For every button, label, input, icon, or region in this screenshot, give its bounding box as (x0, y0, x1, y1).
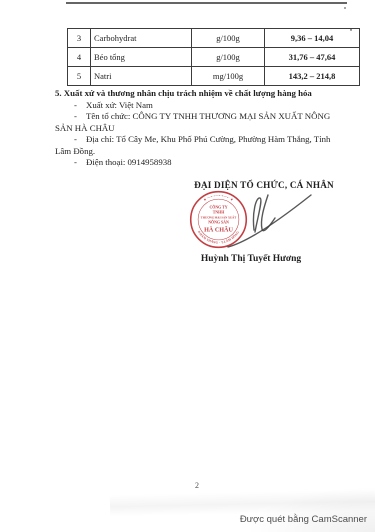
list-item: -Tên tổ chức: CÔNG TY TNHH THƯƠNG MẠI SẢ… (55, 111, 347, 134)
unit-cell: g/100g (192, 29, 265, 48)
handwritten-signature (222, 186, 322, 256)
nutrient-name-cell: Béo tổng (91, 48, 192, 67)
signature-stroke (261, 195, 275, 231)
list-item-text: Xuất xứ: Việt Nam (86, 100, 153, 110)
table-row: 4 Béo tổng g/100g 31,76 – 47,64 (68, 48, 360, 67)
signature-stroke (228, 195, 311, 247)
row-number-cell: 3 (68, 29, 91, 48)
table-row: 3 Carbohydrat g/100g 9,36 – 14,04 (68, 29, 360, 48)
list-item: -Điện thoại: 0914958938 (55, 157, 347, 168)
dash-bullet: - (74, 134, 86, 145)
section-5-heading: 5. Xuất xứ và thương nhân chịu trách nhi… (55, 88, 355, 98)
scan-speck (344, 7, 346, 9)
list-item-text: Địa chỉ: Tổ Cây Me, Khu Phố Phú Cường, P… (55, 134, 330, 155)
origin-detail-list: -Xuất xứ: Việt Nam -Tên tổ chức: CÔNG TY… (55, 100, 347, 168)
list-item: -Xuất xứ: Việt Nam (55, 100, 347, 111)
clipped-table-rule (66, 2, 347, 4)
dash-bullet: - (74, 111, 86, 122)
scanned-document-page: 3 Carbohydrat g/100g 9,36 – 14,04 4 Béo … (0, 0, 375, 532)
row-number-cell: 5 (68, 67, 91, 86)
list-item-text: Điện thoại: 0914958938 (86, 157, 172, 167)
range-cell: 143,2 – 214,8 (265, 67, 360, 86)
list-item: -Địa chỉ: Tổ Cây Me, Khu Phố Phú Cường, … (55, 134, 347, 157)
nutrient-name-cell: Natri (91, 67, 192, 86)
signature-stroke (253, 198, 260, 232)
dash-bullet: - (74, 100, 86, 111)
unit-cell: mg/100g (192, 67, 265, 86)
dash-bullet: - (74, 157, 86, 168)
list-item-text: Tên tổ chức: CÔNG TY TNHH THƯƠNG MẠI SẢN… (55, 111, 330, 132)
page-number: 2 (190, 481, 204, 490)
table-row: 5 Natri mg/100g 143,2 – 214,8 (68, 67, 360, 86)
row-number-cell: 4 (68, 48, 91, 67)
corner-shadow (245, 486, 375, 532)
range-cell: 9,36 – 14,04 (265, 29, 360, 48)
range-cell: 31,76 – 47,64 (265, 48, 360, 67)
nutrition-table: 3 Carbohydrat g/100g 9,36 – 14,04 4 Béo … (67, 28, 360, 86)
nutrient-name-cell: Carbohydrat (91, 29, 192, 48)
camscanner-footer-note: Được quét bằng CamScanner (240, 514, 367, 525)
unit-cell: g/100g (192, 48, 265, 67)
